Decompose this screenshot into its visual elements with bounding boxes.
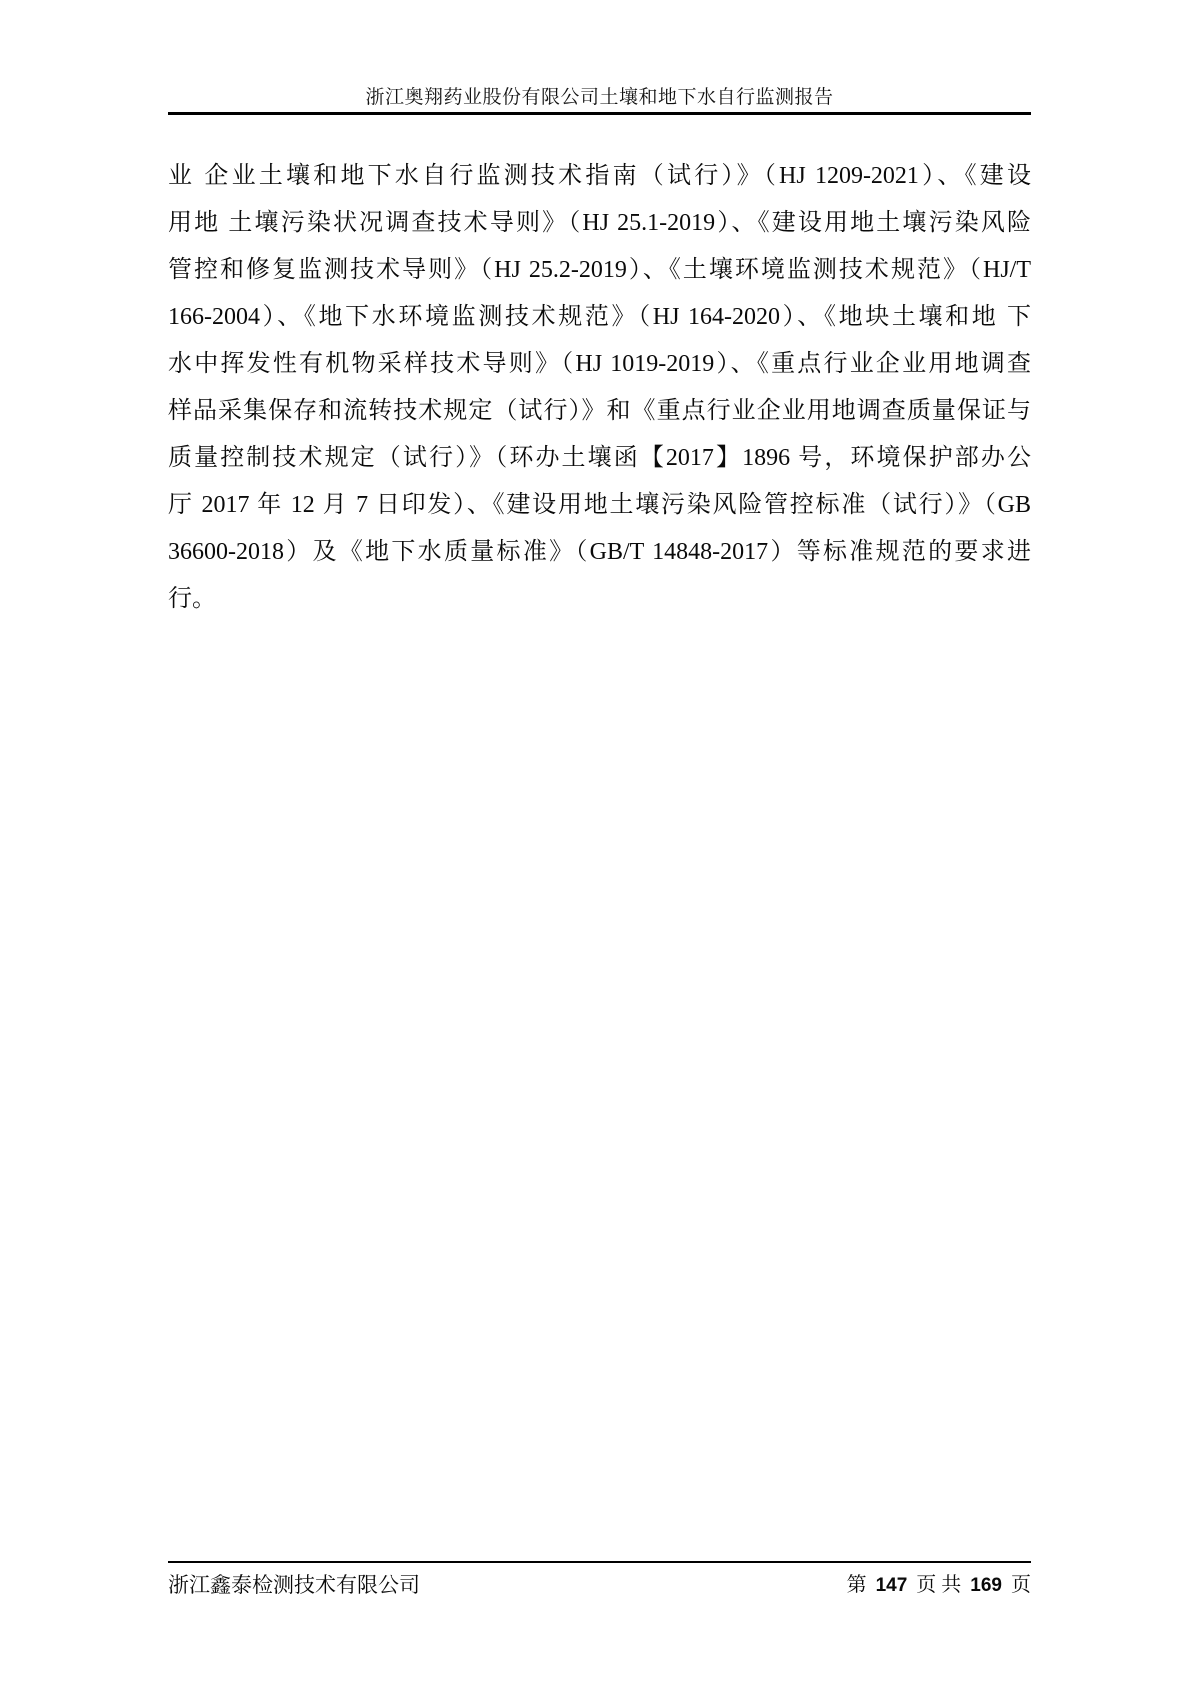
footer-pagination: 第 147 页 共 169 页 xyxy=(847,1570,1031,1601)
paragraph-line: 业 企业土壤和地下水自行监测技术指南（试行）》（HJ 1209-2021）、《建… xyxy=(168,153,1031,200)
total-page-number: 169 xyxy=(966,1575,1006,1596)
paragraph-line: 厅 2017 年 12 月 7 日印发）、《建设用地土壤污染风险管控标准（试行）… xyxy=(168,482,1031,529)
paragraph-line: 样品采集保存和流转技术规定（试行）》和《重点行业企业用地调查质量保证与 xyxy=(168,388,1031,435)
paragraph-line: 行。 xyxy=(168,576,1031,623)
header-divider xyxy=(168,112,1031,115)
current-page-number: 147 xyxy=(872,1575,912,1596)
page-header-title: 浙江奥翔药业股份有限公司土壤和地下水自行监测报告 xyxy=(0,84,1199,112)
pagination-prefix: 第 xyxy=(847,1574,867,1596)
paragraph-line: 质量控制技术规定（试行）》（环办土壤函【2017】1896 号，环境保护部办公 xyxy=(168,435,1031,482)
paragraph-line: 管控和修复监测技术导则》（HJ 25.2-2019）、《土壤环境监测技术规范》（… xyxy=(168,247,1031,294)
paragraph-line: 166-2004）、《地下水环境监测技术规范》（HJ 164-2020）、《地块… xyxy=(168,294,1031,341)
document-page: 浙江奥翔药业股份有限公司土壤和地下水自行监测报告 业 企业土壤和地下水自行监测技… xyxy=(0,0,1199,1696)
paragraph-line: 用地 土壤污染状况调查技术导则》（HJ 25.1-2019）、《建设用地土壤污染… xyxy=(168,200,1031,247)
footer-company-name: 浙江鑫泰检测技术有限公司 xyxy=(168,1570,420,1600)
pagination-label: 共 xyxy=(941,1574,961,1596)
pagination-label: 页 xyxy=(916,1574,936,1596)
paragraph-line: 水中挥发性有机物采样技术导则》（HJ 1019-2019）、《重点行业企业用地调… xyxy=(168,341,1031,388)
paragraph-line: 36600-2018）及《地下水质量标准》（GB/T 14848-2017）等标… xyxy=(168,529,1031,576)
pagination-suffix: 页 xyxy=(1011,1574,1031,1596)
body-paragraph: 业 企业土壤和地下水自行监测技术指南（试行）》（HJ 1209-2021）、《建… xyxy=(168,153,1031,623)
footer-divider xyxy=(168,1561,1031,1563)
